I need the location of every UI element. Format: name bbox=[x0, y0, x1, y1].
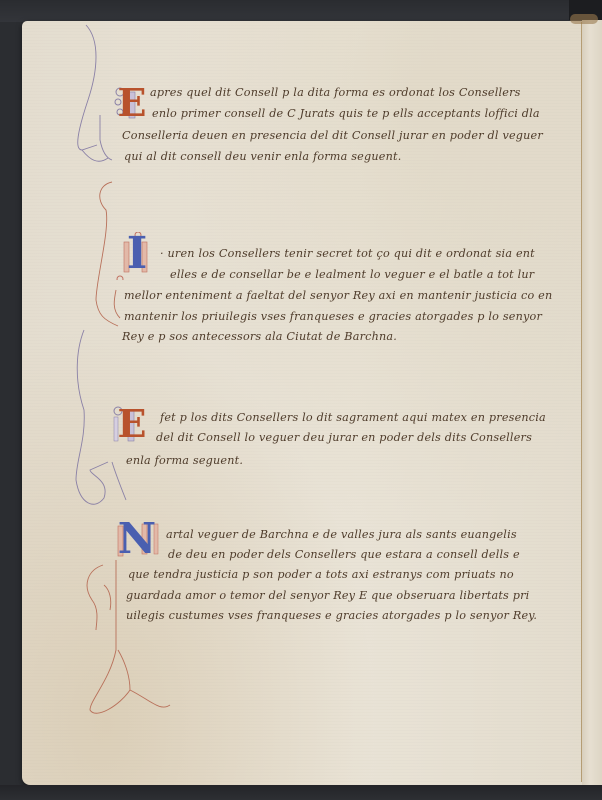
text-line: enlo primer consell de C Jurats quis te … bbox=[152, 107, 540, 121]
adjacent-page-edge bbox=[582, 20, 602, 785]
text-line: enla forma seguent. bbox=[126, 454, 243, 468]
text-line: Rey e p sos antecessors ala Ciutat de Ba… bbox=[122, 330, 397, 344]
decorated-initial-4: N bbox=[112, 518, 162, 562]
text-line: mellor enteniment a faeltat del senyor R… bbox=[124, 289, 552, 303]
decorated-initial-2: I bbox=[116, 232, 158, 280]
initial-letter: E bbox=[118, 401, 147, 446]
scanner-backdrop bbox=[0, 0, 602, 22]
initial-letter: E bbox=[118, 80, 147, 125]
text-line: qui al dit consell deu venir enla forma … bbox=[124, 150, 401, 164]
text-line: guardada amor o temor del senyor Rey E q… bbox=[126, 589, 529, 603]
initial-letter: N bbox=[118, 514, 156, 563]
text-line: uilegis custumes vses franqueses e graci… bbox=[126, 609, 537, 623]
text-line: · uren los Consellers tenir secret tot ç… bbox=[160, 247, 535, 261]
text-line: artal veguer de Barchna e de valles jura… bbox=[166, 528, 517, 542]
decorated-initial-1: E bbox=[112, 84, 152, 126]
gutter-fold-line bbox=[581, 22, 582, 782]
text-line: del dit Consell lo veguer deu jurar en p… bbox=[156, 431, 532, 445]
binding-stain bbox=[570, 14, 598, 24]
text-line: mantenir los priuilegis vses franqueses … bbox=[124, 310, 542, 324]
text-line: apres quel dit Consell p la dita forma e… bbox=[150, 86, 521, 100]
text-line: elles e de consellar be e lealment lo ve… bbox=[170, 268, 534, 282]
decorated-initial-3: E bbox=[112, 405, 152, 447]
text-line: de deu en poder dels Consellers que esta… bbox=[168, 548, 520, 562]
text-line: Conselleria deuen en presencia del dit C… bbox=[122, 129, 543, 143]
text-line: que tendra justicia p son poder a tots a… bbox=[128, 568, 514, 582]
text-line: fet p los dits Consellers lo dit sagrame… bbox=[160, 411, 546, 425]
scanner-backdrop-bottom bbox=[0, 785, 602, 800]
initial-letter: I bbox=[127, 228, 148, 279]
